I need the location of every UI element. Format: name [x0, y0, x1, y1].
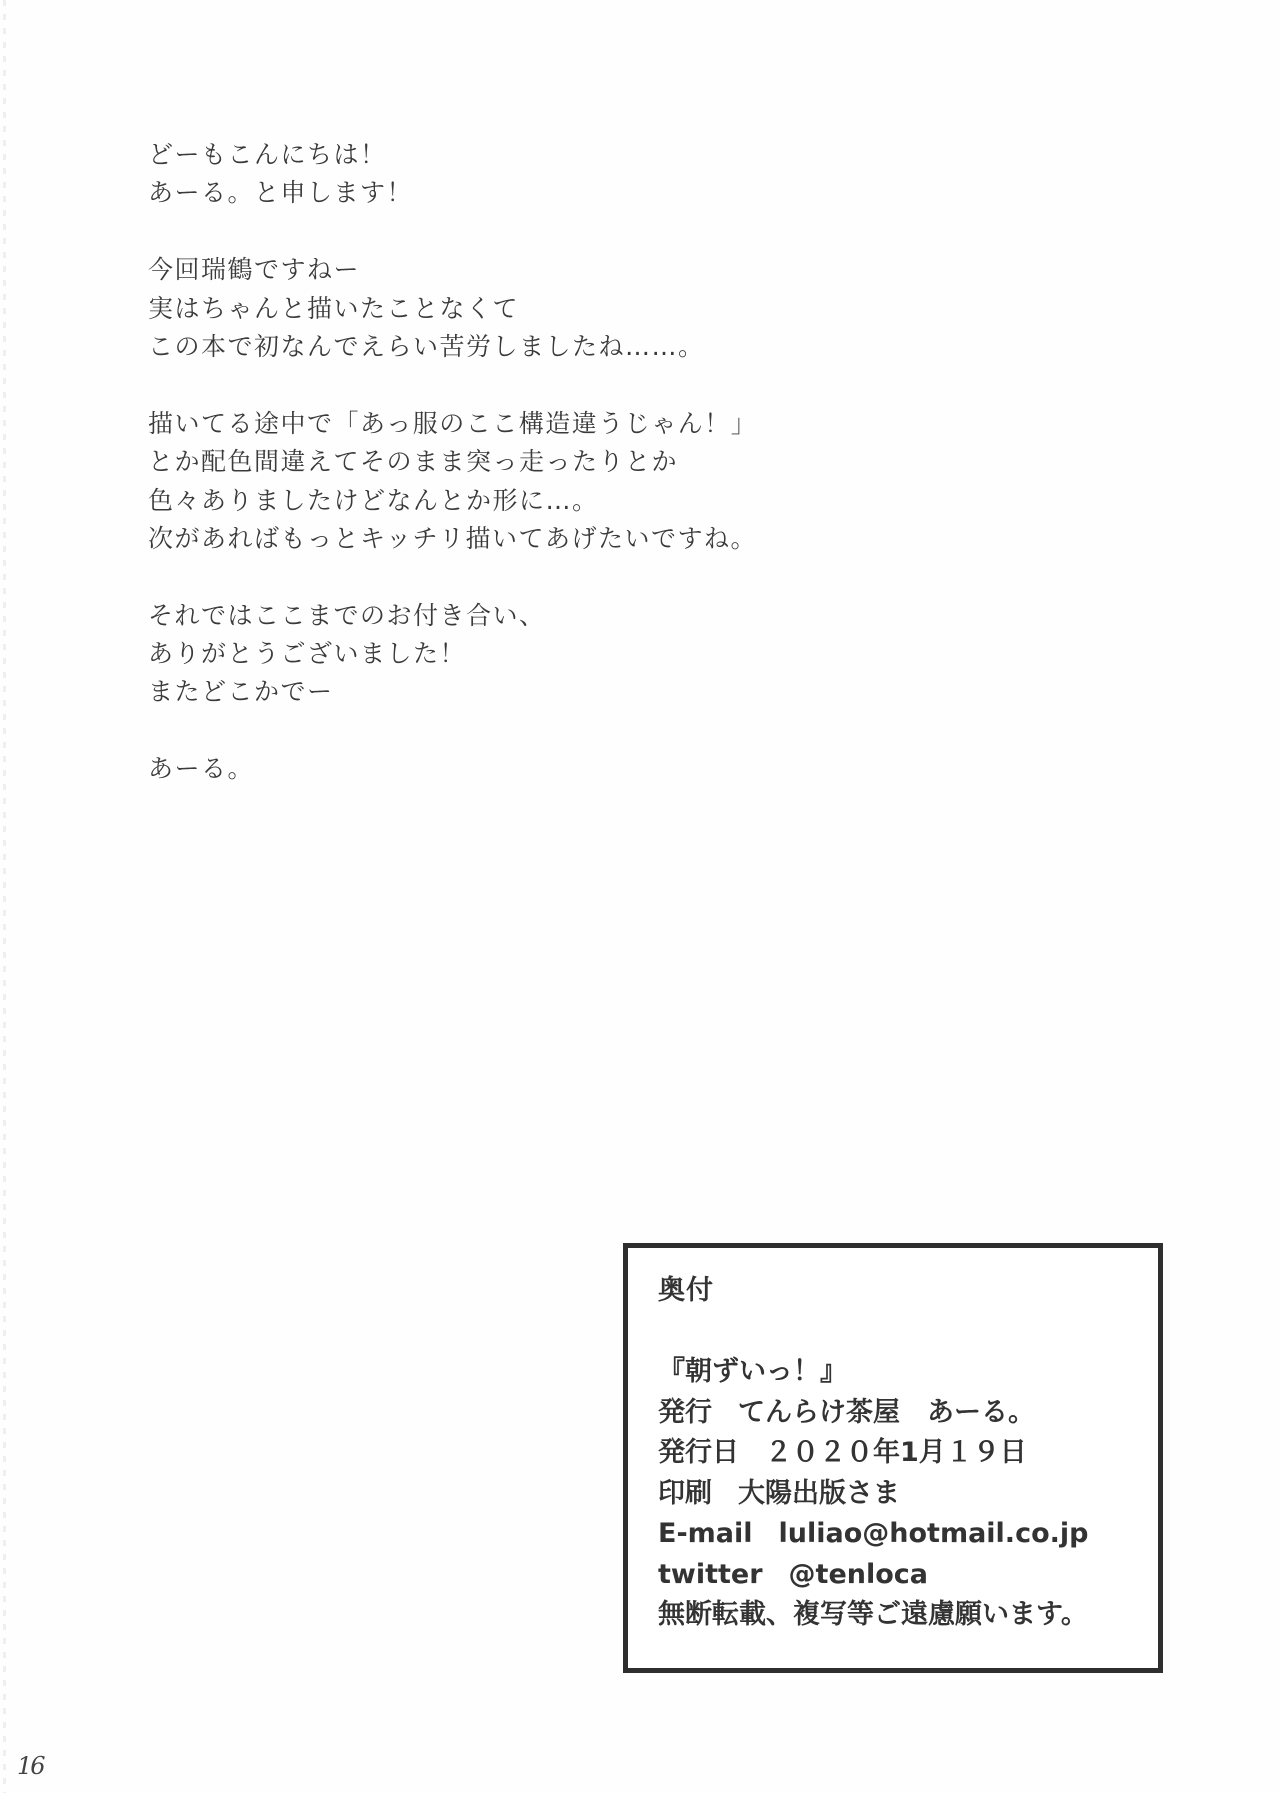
afterword-line — [148, 213, 1048, 251]
colophon-heading: 奥付 — [658, 1268, 714, 1307]
afterword-line — [148, 558, 1048, 596]
colophon-value: 大陽出版さま — [738, 1474, 900, 1515]
colophon-rows: 『朝ずいっ！』 発行てんらけ茶屋 あーる。 発行日２０２０年1月１９日 印刷大陽… — [658, 1352, 1088, 1636]
colophon-title: 『朝ずいっ！』 — [658, 1352, 1088, 1393]
afterword-line — [148, 712, 1048, 750]
afterword-signature: あーる。 — [148, 750, 1048, 788]
colophon-row-email: E-mailluliao@hotmail.co.jp — [658, 1514, 1088, 1555]
afterword-text: どーもこんにちは！ あーる。と申します！ 今回瑞鶴ですねー 実はちゃんと描いたこ… — [148, 136, 1048, 789]
colophon-row-date: 発行日２０２０年1月１９日 — [658, 1433, 1088, 1474]
afterword-line: 実はちゃんと描いたことなくて — [148, 290, 1048, 328]
colophon-label: 印刷 — [658, 1474, 712, 1515]
afterword-line: 描いてる途中で「あっ服のここ構造違うじゃん！」 — [148, 405, 1048, 443]
afterword-line: どーもこんにちは！ — [148, 136, 1048, 174]
email-address: luliao@hotmail.co.jp — [779, 1514, 1089, 1555]
afterword-line: 次があればもっとキッチリ描いてあげたいですね。 — [148, 520, 1048, 558]
afterword-line: この本で初なんでえらい苦労しましたね……。 — [148, 328, 1048, 366]
twitter-handle: @tenloca — [789, 1555, 928, 1596]
afterword-line: とか配色間違えてそのまま突っ走ったりとか — [148, 443, 1048, 481]
colophon-box: 奥付 『朝ずいっ！』 発行てんらけ茶屋 あーる。 発行日２０２０年1月１９日 印… — [623, 1243, 1163, 1673]
afterword-line: あーる。と申します！ — [148, 174, 1048, 212]
colophon-label: 発行 — [658, 1393, 712, 1434]
scan-edge-artifact — [3, 0, 6, 1793]
afterword-line: 色々ありましたけどなんとか形に…。 — [148, 482, 1048, 520]
colophon-row-twitter: twitter@tenloca — [658, 1555, 1088, 1596]
colophon-label: 発行日 — [658, 1433, 739, 1474]
colophon-label: E-mail — [658, 1514, 753, 1555]
afterword-line: ありがとうございました！ — [148, 635, 1048, 673]
colophon-row-printer: 印刷大陽出版さま — [658, 1474, 1088, 1515]
colophon-value: てんらけ茶屋 あーる。 — [738, 1393, 1035, 1434]
afterword-line: 今回瑞鶴ですねー — [148, 251, 1048, 289]
afterword-line: それではここまでのお付き合い、 — [148, 597, 1048, 635]
page-number: 16 — [17, 1752, 44, 1780]
colophon-value: ２０２０年1月１９日 — [765, 1433, 1027, 1474]
book-page: どーもこんにちは！ あーる。と申します！ 今回瑞鶴ですねー 実はちゃんと描いたこ… — [0, 0, 1280, 1793]
colophon-row-publisher: 発行てんらけ茶屋 あーる。 — [658, 1393, 1088, 1434]
colophon-label: twitter — [658, 1555, 763, 1596]
afterword-line — [148, 366, 1048, 404]
afterword-line: またどこかでー — [148, 673, 1048, 711]
colophon-notice: 無断転載、複写等ご遠慮願います。 — [658, 1595, 1088, 1636]
